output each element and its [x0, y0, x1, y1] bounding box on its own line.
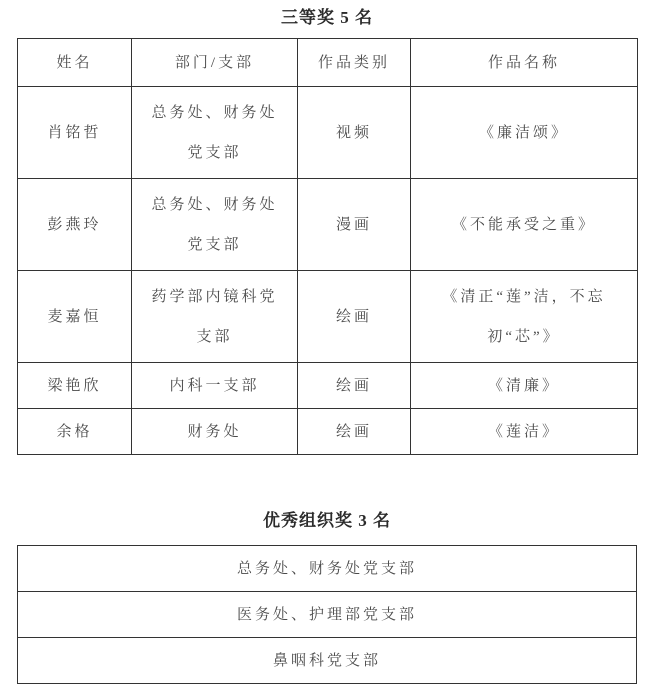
- table-row: 彭燕玲 总务处、财务处 党支部 漫画 《不能承受之重》: [18, 179, 638, 271]
- cell-name: 彭燕玲: [18, 179, 132, 271]
- cell-name: 肖铭哲: [18, 87, 132, 179]
- cell-work-title: 《廉洁颂》: [411, 87, 638, 179]
- table-row: 余格 财务处 绘画 《莲洁》: [18, 409, 638, 455]
- table-row: 鼻咽科党支部: [18, 638, 637, 684]
- table-row: 肖铭哲 总务处、财务处 党支部 视频 《廉洁颂》: [18, 87, 638, 179]
- header-work-title: 作品名称: [411, 39, 638, 87]
- third-prize-table: 姓名 部门/支部 作品类别 作品名称 肖铭哲 总务处、财务处 党支部 视频 《廉…: [17, 38, 638, 455]
- cell-category: 漫画: [298, 179, 411, 271]
- cell-name: 梁艳欣: [18, 363, 132, 409]
- table-row: 医务处、护理部党支部: [18, 592, 637, 638]
- cell-work-title: 《不能承受之重》: [411, 179, 638, 271]
- cell-department: 财务处: [132, 409, 298, 455]
- header-name: 姓名: [18, 39, 132, 87]
- header-department: 部门/支部: [132, 39, 298, 87]
- cell-category: 绘画: [298, 409, 411, 455]
- cell-organization: 医务处、护理部党支部: [18, 592, 637, 638]
- cell-organization: 鼻咽科党支部: [18, 638, 637, 684]
- cell-department: 药学部内镜科党 支部: [132, 271, 298, 363]
- document-page: 三等奖 5 名 姓名 部门/支部 作品类别 作品名称 肖铭哲 总务处、财务处 党…: [17, 0, 637, 684]
- cell-category: 视频: [298, 87, 411, 179]
- table-row: 梁艳欣 内科一支部 绘画 《清廉》: [18, 363, 638, 409]
- header-category: 作品类别: [298, 39, 411, 87]
- table-header-row: 姓名 部门/支部 作品类别 作品名称: [18, 39, 638, 87]
- cell-work-title: 《清廉》: [411, 363, 638, 409]
- cell-name: 余格: [18, 409, 132, 455]
- cell-work-title: 《莲洁》: [411, 409, 638, 455]
- table-row: 总务处、财务处党支部: [18, 546, 637, 592]
- cell-category: 绘画: [298, 363, 411, 409]
- cell-organization: 总务处、财务处党支部: [18, 546, 637, 592]
- cell-department: 总务处、财务处 党支部: [132, 87, 298, 179]
- cell-category: 绘画: [298, 271, 411, 363]
- organization-award-title: 优秀组织奖 3 名: [17, 511, 637, 530]
- organization-award-table: 总务处、财务处党支部 医务处、护理部党支部 鼻咽科党支部: [17, 545, 637, 684]
- third-prize-title: 三等奖 5 名: [17, 8, 637, 27]
- cell-work-title: 《清正“莲”洁，不忘 初“芯”》: [411, 271, 638, 363]
- table-row: 麦嘉恒 药学部内镜科党 支部 绘画 《清正“莲”洁，不忘 初“芯”》: [18, 271, 638, 363]
- cell-name: 麦嘉恒: [18, 271, 132, 363]
- cell-department: 总务处、财务处 党支部: [132, 179, 298, 271]
- cell-department: 内科一支部: [132, 363, 298, 409]
